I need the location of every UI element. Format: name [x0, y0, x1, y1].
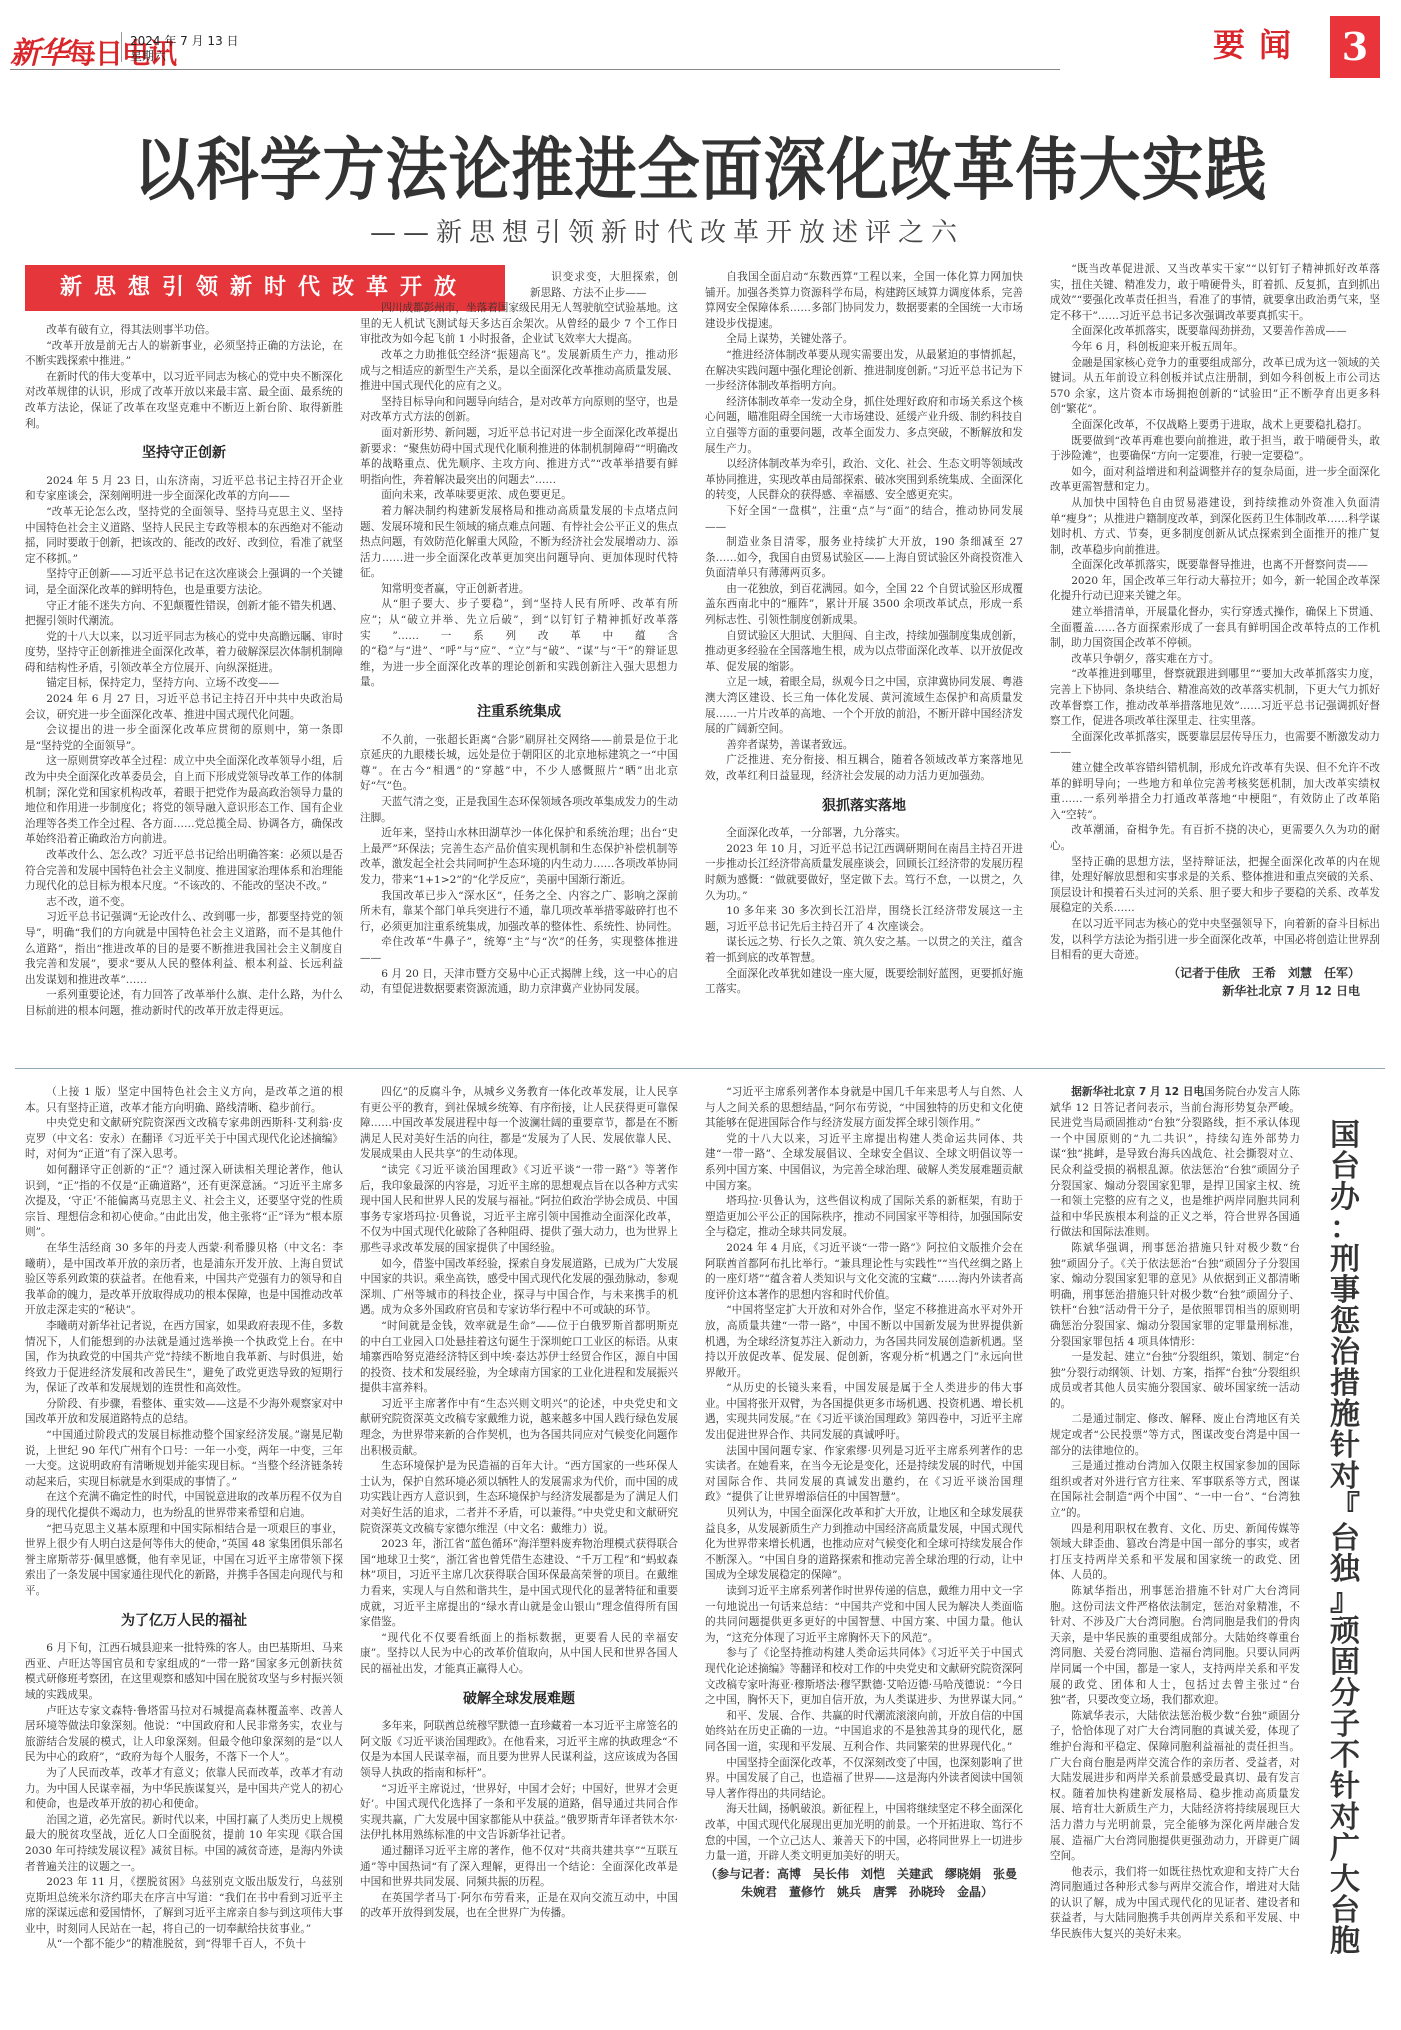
paragraph: 生态环境保护是为民造福的百年大计。“西方国家的一些环保人士认为，保护自然环境必须… [360, 1459, 678, 1537]
paragraph: 二是通过制定、修改、解释、废止台湾地区有关规定或者“公民投票”等方式，图谋改变台… [1050, 1412, 1300, 1459]
headline-char: 刑 [1315, 1244, 1375, 1275]
paragraph: “改革无论怎么改，坚持党的全面领导、坚持马克思主义、坚持中国特色社会主义道路、坚… [25, 505, 343, 567]
paragraph: “推进经济体制改革要从现实需要出发，从最紧迫的事情抓起，在解决实践问题中强化理论… [705, 348, 1023, 395]
paragraph: 全面深化改革，一分部署，九分落实。 [705, 826, 1023, 842]
main-headline: 以科学方法论推进全面深化改革伟大实践 [0, 116, 1401, 214]
paragraph: 2024 年 5 月 23 日，山东济南，习近平总书记主持召开企业和专家座谈会，… [25, 474, 343, 505]
paragraph: 中国坚持全面深化改革，不仅深刻改变了中国，也深刻影响了世界。中国发展了自己，也造… [705, 1756, 1023, 1803]
paragraph: 不久前，一张超长距离“合影”刷屏社交网络——前景是位于北京延庆的九眼楼长城，远处… [360, 733, 678, 795]
paragraph: 知常明变者赢，守正创新者进。 [360, 582, 678, 598]
paragraph: “中国将坚定扩大开放和对外合作，坚定不移推进高水平对外开放，高质量共建“一带一路… [705, 1303, 1023, 1381]
paragraph: 四川成都彭州市，坐落着国家级民用无人驾驶航空试验基地。这里的无人机试飞测试每天多… [360, 301, 678, 348]
paragraph: 2024 年 6 月 27 日，习近平总书记主持召开中共中央政治局会议，研究进一… [25, 692, 343, 723]
article2-column-2: 四亿”的反腐斗争，从城乡义务教育一体化改革发展，让人民享有更公平的教育，到社保城… [360, 1085, 678, 1922]
paragraph: 天蓝气清之变，正是我国生态环保领域各项改革集成发力的生动注脚。 [360, 795, 678, 826]
headline-char: 对 [1315, 1802, 1375, 1833]
article-divider [15, 1068, 1385, 1069]
paragraph: “现代化不仅要看纸面上的指标数据，更要看人民的幸福安康”。坚持以人民为中心的改革… [360, 1631, 678, 1678]
paragraph: 2023 年 11 月，《摆脱贫困》乌兹别克文版出版发行，乌兹别克斯坦总统米尔济… [25, 1875, 343, 1937]
paragraph: 如今，借鉴中国改革经验，探索自身发展道路，已成为广大发展中国家的共识。乘坐高铁，… [360, 1257, 678, 1319]
paragraph: 塔玛拉·贝鲁认为，这些倡议构成了国际关系的新框架，有助于塑造更加公平公正的国际秩… [705, 1194, 1023, 1241]
paragraph: 习近平总书记强调“无论改什么、改到哪一步，都要坚持党的领导”，明确“我们的方向就… [25, 910, 343, 988]
paragraph: 全面深化改革抓落实，既要靠层层传导压力，也需要不断激发动力—— [1050, 730, 1380, 761]
issue-date: 2024 年 7 月 13 日 [130, 34, 239, 49]
headline-char: 措 [1315, 1368, 1375, 1399]
paragraph: 党的十八大以来，以习近平同志为核心的党中央高瞻远瞩、审时度势，坚持守正创新推进全… [25, 630, 343, 677]
paragraph: 全面深化改革抓落实，既要靠督导推进，也离不开督察问责—— [1050, 558, 1380, 574]
headline-char: 台 [1315, 1523, 1375, 1554]
paragraph: 面对新形势、新问题，习近平总书记对进一步全面深化改革提出新要求：“聚焦妨碍中国式… [360, 426, 678, 488]
masthead: 新华每日电讯 2024 年 7 月 13 日 星期六 要闻 3 [0, 0, 1401, 80]
headline-char: 台 [1315, 1895, 1375, 1926]
paragraph: 通过翻译习近平主席的著作，他不仅对“共商共建共享”“互联互通”等中国热词“有了深… [360, 1844, 678, 1891]
paragraph: 海天壮阔，扬帆破浪。新征程上，中国将继续坚定不移全面深化改革，中国式现代化展现出… [705, 1802, 1023, 1864]
paragraph: 锚定目标，保持定力，坚持方向、立场不改变—— [25, 676, 343, 692]
paragraph: 一是发起、建立“台独”分裂组织，策划、制定“台独”分裂行动纲领、计划、方案，指挥… [1050, 1350, 1300, 1412]
paragraph: 全面深化改革，不仅战略上要勇于进取，战术上更要稳扎稳打。 [1050, 418, 1380, 434]
paragraph: 如何翻译守正创新的“正”？通过深入研读相关理论著作，他认识到，“正”指的不仅是“… [25, 1163, 343, 1241]
paragraph: 着力解决制约构建新发展格局和推动高质量发展的卡点堵点问题、发展环境和民生领域的痛… [360, 504, 678, 582]
paragraph: “习近平主席说过，‘世界好，中国才会好；中国好，世界才会更好’。中国式现代化选择… [360, 1782, 678, 1844]
byline-reporters: （记者于佳欣 王希 刘慧 任军） [1050, 964, 1380, 982]
paragraph: 制造业条目清零，服务业持续扩大开放，190 条细减至 27 条……如今，我国自由… [705, 535, 1023, 582]
main-subhead: ——新思想引领新时代改革开放述评之六 [370, 212, 964, 249]
paragraph: 经济体制改革牵一发动全身，抓住处理好政府和市场关系这个核心问题，瞄准阻碍全国统一… [705, 395, 1023, 457]
paragraph: 在新时代的伟大变革中，以习近平同志为核心的党中央不断深化对改革规律的认识，形成了… [25, 370, 343, 432]
article1-column-2: 识变求变，大胆探索，创新思路、方法不止步——四川成都彭州市，坐落着国家级民用无人… [360, 270, 678, 998]
contributing-reporters: （参与记者：高博 吴长伟 刘恺 关建武 缪晓娟 张曼朱婉君 董修竹 姚兵 唐霁 … [705, 1865, 1023, 1901]
masthead-separator [121, 32, 122, 62]
headline-char: ： [1315, 1213, 1375, 1244]
headline-char: 事 [1315, 1275, 1375, 1306]
paragraph: 由一花独放，到百花满园。如今，全国 22 个自贸试验区形成覆盖东西南北中的“雁阵… [705, 582, 1023, 629]
paragraph: 在华生活经商 30 多年的丹麦人西蒙·利希滕贝格（中文名：李曦萌），是中国改革开… [25, 1241, 343, 1319]
paragraph: 为了人民而改革，改革才有意义；依靠人民而改革，改革才有动力。为中国人民谋幸福，为… [25, 1766, 343, 1813]
paragraph: “中国通过阶段式的发展目标推动整个国家经济发展。”谢晃尼勒说，上世纪 90 年代… [25, 1428, 343, 1490]
headline-char: 治 [1315, 1337, 1375, 1368]
paragraph: 自贸试验区大胆试、大胆闯、自主改，持续加强制度集成创新，推动更多经验在全国落地生… [705, 629, 1023, 676]
paragraph: 从加快中国特色自由贸易港建设，到持续推动外资准入负面清单“瘦身”；从推进户籍制度… [1050, 496, 1380, 558]
section-heading: 为了亿万人民的福祉 [25, 1614, 343, 1630]
article2-column-1: （上接 1 版）坚定中国特色社会主义方向，是改革之道的根本。只有坚持正道，改革才… [25, 1085, 343, 1953]
paragraph: 法国中国问题专家、作家索缪·贝列是习近平主席系列著作的忠实读者。在她看来，在当今… [705, 1444, 1023, 1506]
paragraph: 下好全国“一盘棋”，注重“点”与“面”的结合，推动协同发展—— [705, 504, 1023, 535]
paragraph: 面向未来，改革味要更浓、成色要更足。 [360, 488, 678, 504]
paragraph: 在英国学者马丁·阿尔布劳看来，正是在双向交流互动中，中国的改革开放得到发展，也在… [360, 1891, 678, 1922]
headline-char: 独 [1315, 1554, 1375, 1585]
headline-char: 国 [1315, 1120, 1375, 1151]
headline-char: 顽 [1315, 1616, 1375, 1647]
paragraph: 在以习近平同志为核心的党中央坚强领导下，向着新的奋斗目标出发，以科学方法论为指引… [1050, 917, 1380, 964]
paragraph: 从“一个都不能少”的精准脱贫，到“得罪千百人，不负十 [25, 1937, 343, 1953]
headline-char: 』 [1315, 1585, 1375, 1616]
headline-char: 台 [1315, 1151, 1375, 1182]
paragraph: 他表示，我们将一如既往热忱欢迎和支持广大台湾同胞通过各种形式参与两岸交流合作，增… [1050, 1865, 1300, 1943]
paragraph: 治国之道，必先富民。新时代以来，中国打赢了人类历史上规模最大的脱贫攻坚战，近亿人… [25, 1813, 343, 1875]
paragraph: 广泛推进、充分衔接、相互耦合，随着各领域改革方案落地见效，改革红利日益显现，经济… [705, 753, 1023, 784]
paragraph: “改革开放是前无古人的崭新事业，必须坚持正确的方法论，在不断实践探索中推进。” [25, 339, 343, 370]
paragraph: “习近平主席系列著作本身就是中国几千年来思考人与自然、人与人之间关系的思想结晶，… [705, 1085, 1023, 1132]
headline-char: 广 [1315, 1833, 1375, 1864]
section-heading: 狠抓落实落地 [705, 799, 1023, 815]
paragraph: “改革推进到哪里，督察就跟进到哪里”“要加大改革抓落实力度，完善上下协同、条块结… [1050, 667, 1380, 729]
article1-column-4: “既当改革促进派、又当改革实干家”“以钉钉子精神抓好改革落实，扭住关键、精准发力… [1050, 262, 1380, 1000]
paragraph: 2023 年 10 月，习近平总书记江西调研期间在南昌主持召开进一步推动长江经济… [705, 842, 1023, 904]
paragraph: 坚持正确的思想方法，坚持辩证法，把握全面深化改革的内在规律，处理好解放思想和实事… [1050, 855, 1380, 917]
paragraph: 建立健全改革容错纠错机制，形成允许改革有失误、但不允许不改革的鲜明导向；一些地方… [1050, 761, 1380, 823]
paragraph: 多年来，阿联酋总统穆罕默德一直珍藏着一本习近平主席签名的阿文版《习近平谈治国理政… [360, 1719, 678, 1781]
paragraph: 改革改什么、怎么改？习近平总书记给出明确答案：必须以是否符合完善和发展中国特色社… [25, 848, 343, 895]
logo-script: 新华 [10, 36, 68, 71]
paragraph: 习近平主席著作中有“生态兴则文明兴”的论述，中央党史和文献研究院资深英文改稿专家… [360, 1397, 678, 1459]
headline-char: 固 [1315, 1647, 1375, 1678]
page-number: 3 [1330, 16, 1380, 78]
paragraph: 2024 年 4 月底，《习近平谈“一带一路”》阿拉伯文版推介会在阿联酋首都阿布… [705, 1241, 1023, 1303]
headline-char: 胞 [1315, 1926, 1375, 1957]
paragraph: 如今，面对利益增进和利益调整并存的复杂局面，进一步全面深化改革更需智慧和定力。 [1050, 465, 1380, 496]
headline-char: 对 [1315, 1461, 1375, 1492]
paragraph: 我国改革已步入“深水区”，任务之全、内容之广、影响之深前所未有，靠某个部门单兵突… [360, 889, 678, 936]
section-heading: 坚持守正创新 [25, 446, 343, 462]
paragraph: 今年 6 月，科创板迎来开板五周年。 [1050, 340, 1380, 356]
paragraph: 识变求变，大胆探索，创新思路、方法不止步—— [530, 270, 678, 301]
article3-lead: 据新华社北京 7 月 12 日电 [1071, 1086, 1204, 1098]
section-heading: 破解全球发展难题 [360, 1692, 678, 1708]
paragraph: （上接 1 版）坚定中国特色社会主义方向，是改革之道的根本。只有坚持正道，改革才… [25, 1085, 343, 1116]
paragraph: 这一原则贯穿改革全过程：成立中央全面深化改革领导小组，后改为中央全面深化改革委员… [25, 754, 343, 848]
paragraph: 参与了《论坚持推动构建人类命运共同体》《习近平关于中国式现代化论述摘编》等翻译和… [705, 1646, 1023, 1708]
paragraph: 改革之力助推低空经济“振翅高飞”。发展新质生产力，推动形成与之相适应的新型生产关… [360, 348, 678, 395]
paragraph: 2023 年，浙江省“蓝色循环”海洋塑料废弃物治理模式获得联合国“地球卫士奖”，… [360, 1537, 678, 1631]
paragraph: 牵住改革“牛鼻子”，统筹“主”与“次”的任务，实现整体推进—— [360, 935, 678, 966]
paragraph: 改革潮涌，奋楫争先。有百折不挠的决心，更需要久久为功的耐心。 [1050, 823, 1380, 854]
paragraph: 善弈者谋势，善谋者致远。 [705, 738, 1023, 754]
paragraph: 改革有破有立，得其法则事半功倍。 [25, 323, 343, 339]
paragraph: “既当改革促进派、又当改革实干家”“以钉钉子精神抓好改革落实，扭住关键、精准发力… [1050, 262, 1380, 324]
headline-char: 针 [1315, 1430, 1375, 1461]
paragraph: 全面深化改革犹如建设一座大厦，既要绘制好蓝图，更要抓好施工落实。 [705, 967, 1023, 998]
paragraph: 守正才能不迷失方向、不犯颠覆性错误，创新才能不错失机遇、把握引领时代潮流。 [25, 599, 343, 630]
paragraph: 和平、发展、合作、共赢的时代潮流滚滚向前，开放自信的中国始终站在历史正确的一边。… [705, 1709, 1023, 1756]
headline-char: 针 [1315, 1771, 1375, 1802]
section-heading: 注重系统集成 [360, 705, 678, 721]
paragraph: 近年来，坚持山水林田湖草沙一体化保护和系统治理；出台“史上最严”环保法；完善生态… [360, 826, 678, 888]
paragraph: 自我国全面启动“东数西算”工程以来，全国一体化算力网加快铺开。加强各类算力资源科… [705, 270, 1023, 332]
paragraph: 全局上谋势，关键处落子。 [705, 332, 1023, 348]
paragraph: 陈斌华强调，刑事惩治措施只针对极少数“台独”顽固分子。《关于依法惩治“台独”顽固… [1050, 1241, 1300, 1350]
paragraph: “读完《习近平谈治国理政》《习近平谈“一带一路”》等著作后，我印象最深的内容是，… [360, 1163, 678, 1257]
paragraph: 李曦萌对新华社记者说，在西方国家，如果政府表现不佳，多数情况下，人们能想到的办法… [25, 1319, 343, 1397]
article2-column-3: “习近平主席系列著作本身就是中国几千年来思考人与自然、人与人之间关系的思想结晶，… [705, 1085, 1023, 1901]
paragraph: 卢旺达专家文森特·鲁塔雷马拉对石城提高森林覆盖率、改善人居环境等做法印象深刻。他… [25, 1704, 343, 1766]
paragraph: 贝列认为，中国全面深化改革和扩大开放，让地区和全球发展获益良多，从发展新质生产力… [705, 1506, 1023, 1584]
headline-char: 施 [1315, 1399, 1375, 1430]
headline-char: 惩 [1315, 1306, 1375, 1337]
paragraph: “从历史的长镜头来看，中国发展是属于全人类进步的伟大事业。中国将张开双臂，为各国… [705, 1381, 1023, 1443]
paragraph: 党的十八大以来，习近平主席提出构建人类命运共同体、共建“一带一路”、全球发展倡议… [705, 1132, 1023, 1194]
paragraph: 谋长远之势、行长久之策、筑久安之基。一以贯之的关注，蕴含着一抓到底的改革智慧。 [705, 935, 1023, 966]
paragraph: 一系列重要论述，有力回答了改革举什么旗、走什么路，为什么目标前进的根本问题，推动… [25, 988, 343, 1019]
paragraph: 2020 年，国企改革三年行动大幕拉开；如今，新一轮国企改革深化提升行动已迎来关… [1050, 574, 1380, 605]
paragraph: 陈斌华表示，大陆依法惩治极少数“台独”顽固分子，恰恰体现了对广大台湾同胞的真诚关… [1050, 1709, 1300, 1865]
paragraph: 6 月下旬，江西石城县迎来一批特殊的客人。由巴基斯坦、马来西亚、卢旺达等国官员和… [25, 1641, 343, 1703]
paragraph: 以经济体制改革为牵引，政治、文化、社会、生态文明等领域改革协同推进，实现改革由局… [705, 457, 1023, 504]
byline-dateline: 新华社北京 7 月 12 日电 [1050, 982, 1380, 1000]
paragraph: 四亿”的反腐斗争，从城乡义务教育一体化改革发展，让人民享有更公平的教育，到社保城… [360, 1085, 678, 1163]
paragraph: 10 多年来 30 多次到长江沿岸，围绕长江经济带发展这一主题，习近平总书记先后… [705, 904, 1023, 935]
paragraph: 志不改，道不变。 [25, 895, 343, 911]
paragraph: 建立举措清单，开展量化督办，实行穿透式操作，确保上下贯通、全面覆盖……各方面探索… [1050, 605, 1380, 652]
paragraph: 金融是国家核心竞争力的重要组成部分，改革已成为这一领域的关键词。从五年前设立科创… [1050, 356, 1380, 418]
paragraph: 6 月 20 日，天津市暨方交易中心正式揭牌上线，这一中心的启动，有望促进数据要… [360, 967, 678, 998]
article1-column-1: 改革有破有立，得其法则事半功倍。“改革开放是前无古人的崭新事业，必须坚持正确的方… [25, 323, 343, 1020]
paragraph: “时间就是金钱，效率就是生命”——位于白俄罗斯首都明斯克的中白工业园入口处悬挂着… [360, 1319, 678, 1397]
headline-char: 不 [1315, 1740, 1375, 1771]
paragraph: 三是通过推动台湾加入仅限主权国家参加的国际组织或者对外进行官方往来、军事联系等方… [1050, 1459, 1300, 1521]
paragraph: 会议提出的进一步全面深化改革应贯彻的原则中，第一条即是“坚持党的全面领导”。 [25, 723, 343, 754]
headline-char: 分 [1315, 1678, 1375, 1709]
paragraph: 改革只争朝夕，落实难在方寸。 [1050, 652, 1380, 668]
paragraph: 坚持目标导向和问题导向结合，是对改革方向原则的坚守，也是对改革方式方法的创新。 [360, 395, 678, 426]
paragraph: 读到习近平主席系列著作时世界传递的信息，戴维力用中文一字一句地说出一句话来总结：… [705, 1584, 1023, 1646]
article3-body: 据新华社北京 7 月 12 日电国务院台办发言人陈斌华 12 日答记者问表示，当… [1050, 1085, 1300, 1943]
article1-column-3: 自我国全面启动“东数西算”工程以来，全国一体化算力网加快铺开。加强各类算力资源科… [705, 270, 1023, 998]
paragraph: “把马克思主义基本原理和中国实际相结合是一项艰巨的事业，世界上很少有人明白这是何… [25, 1522, 343, 1600]
paragraph: 中央党史和文献研究院资深西文改稿专家弗朗西斯科·艾利翁·皮克罗（中文名：安永）在… [25, 1116, 343, 1163]
headline-char: 大 [1315, 1864, 1375, 1895]
paragraph: 全面深化改革抓落实，既要靠闯劲拼劲，又要善作善成—— [1050, 324, 1380, 340]
paragraph: 从“胆子要大、步子要稳”，到“坚持人民有所呼、改革有所应”；从“破立并举、先立后… [360, 597, 678, 691]
masthead-rule [10, 69, 1060, 70]
paragraph: 在这个充满不确定性的时代，中国锐意进取的改革历程不仅为自身的现代化提供不竭动力，… [25, 1490, 343, 1521]
paragraph: 立足一域，着眼全局，纵观今日之中国，京津冀协同发展、粤港澳大湾区建设、长三角一体… [705, 675, 1023, 737]
section-name: 要闻 [1213, 20, 1305, 66]
paragraph: 既要做到“改革再难也要向前推进，敢于担当，敢于啃硬骨头，敢于涉险滩”，也要确保“… [1050, 434, 1380, 465]
headline-char: 办 [1315, 1182, 1375, 1213]
headline-char: 『 [1315, 1492, 1375, 1523]
issue-weekday: 星期六 [130, 49, 239, 64]
paragraph: 四是利用职权在教育、文化、历史、新闻传媒等领域大肆歪曲、篡改台湾是中国一部分的事… [1050, 1522, 1300, 1584]
paragraph: 分阶段、有步骤，看整体、重实效——这是不少海外观察家对中国改革开放和发展道路特点… [25, 1397, 343, 1428]
article3-vertical-headline: 国台办：刑事惩治措施针对『台独』顽固分子不针对广大台胞 [1315, 1120, 1375, 1957]
headline-char: 子 [1315, 1709, 1375, 1740]
issue-date-block: 2024 年 7 月 13 日 星期六 [130, 34, 239, 64]
paragraph: 坚持守正创新——习近平总书记在这次座谈会上强调的一个关键词，是全面深化改革的鲜明… [25, 567, 343, 598]
paragraph: 陈斌华指出，刑事惩治措施不针对广大台湾同胞。这份司法文件严格依法制定，惩治对象精… [1050, 1584, 1300, 1709]
